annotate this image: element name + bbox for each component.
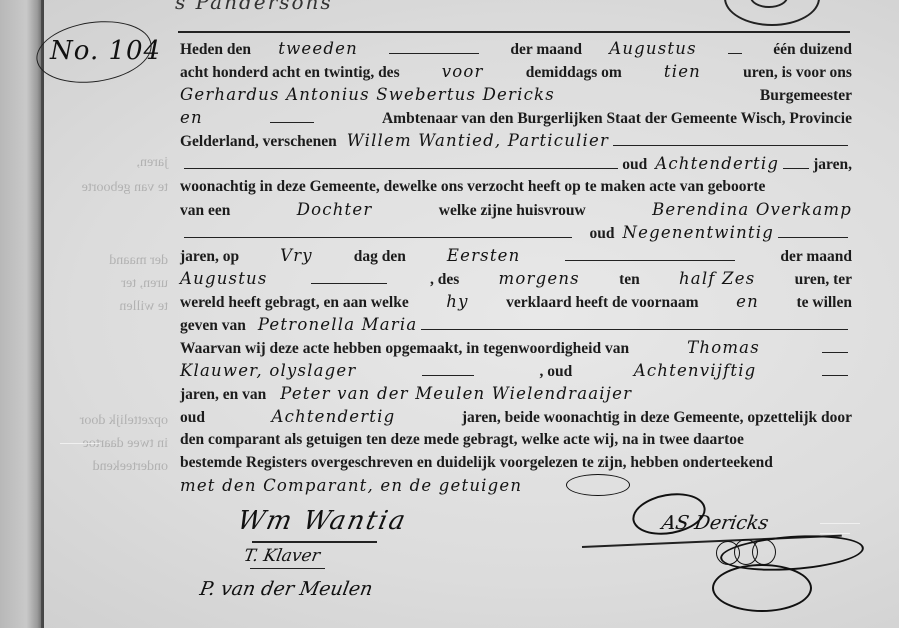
printed-text: demiddags om — [526, 61, 622, 85]
printed-text: dag den — [354, 245, 406, 269]
printed-text: Burgemeester — [760, 84, 852, 108]
text-line-20: met den Comparant, en de getuigen — [180, 474, 852, 498]
bleed-through-text: uren, ter — [58, 276, 168, 292]
printed-text: uren, ter — [795, 268, 852, 292]
bleed-through-text: onderteekend — [58, 459, 168, 475]
printed-text: der maand — [780, 245, 852, 269]
text-line-6: oud Achtendertig jaren, — [180, 152, 852, 176]
text-line-11: Augustus , des morgens ten half Zes uren… — [180, 267, 852, 291]
printed-text: oud — [622, 153, 647, 177]
text-line-7: woonachtig in deze Gemeente, dewelke ons… — [180, 175, 852, 199]
printed-text: jaren, — [813, 153, 852, 177]
handwritten-witness-2-age: Achtendertig — [271, 405, 395, 429]
printed-text: welke zijne huisvrouw — [439, 199, 586, 223]
text-line-1: Heden den tweeden der maand Augustus één… — [180, 37, 852, 61]
printed-text: Ambtenaar van den Burgerlijken Staat der… — [382, 107, 852, 131]
handwritten-mother-age: Negenentwintig — [623, 221, 774, 245]
printed-text: één duizend — [773, 38, 852, 62]
handwritten-witness-2-name-occupation: Peter van der Meulen Wielendraaijer — [280, 382, 632, 406]
text-line-4: en Ambtenaar van den Burgerlijken Staat … — [180, 106, 852, 130]
scan-artifact — [60, 443, 100, 444]
text-line-12: wereld heeft gebragt, en aan welke hy ve… — [180, 290, 852, 314]
printed-text: wereld heeft gebragt, en aan welke — [180, 291, 409, 315]
signature-underline — [252, 541, 377, 543]
text-line-8: van een Dochter welke zijne huisvrouw Be… — [180, 198, 852, 222]
scan-artifact — [820, 533, 850, 534]
bleed-through-text: der maand — [58, 253, 168, 269]
handwritten-part-of-day: morgens — [499, 267, 580, 291]
text-line-18: den comparant als getuigen ten deze mede… — [180, 428, 852, 452]
handwritten-month: Augustus — [609, 37, 697, 61]
scanned-document-page: jaren, te van geboorte der maand uren, t… — [0, 0, 899, 628]
fill-line — [422, 374, 474, 376]
handwritten-father-name: Willem Wantied, Particulier — [347, 129, 609, 153]
printed-text: acht honderd acht en twintig, des — [180, 61, 400, 85]
printed-text: uren, is voor ons — [743, 61, 852, 85]
handwritten-birth-day: Eersten — [447, 244, 521, 268]
printed-text: , des — [430, 268, 459, 292]
fill-line — [728, 52, 742, 54]
printed-text: te willen — [796, 291, 852, 315]
official-signature-loop — [712, 564, 812, 612]
handwritten-day: tweeden — [278, 37, 358, 61]
text-line-5: Gelderland, verschenen Willem Wantied, P… — [180, 129, 852, 153]
fill-line — [184, 236, 572, 238]
text-line-9: oud Negenentwintig — [180, 221, 852, 245]
top-flourish — [724, 0, 820, 26]
bleed-through-text: opzettelijk door — [58, 413, 168, 429]
top-rule-line — [178, 31, 850, 33]
fill-line — [822, 374, 848, 376]
text-line-14: Waarvan wij deze acte hebben opgemaakt, … — [180, 336, 852, 360]
handwritten-child-sex: Dochter — [297, 198, 373, 222]
text-line-3: Gerhardus Antonius Swebertus Dericks Bur… — [180, 83, 852, 107]
bleed-through-text: te van geboorte — [58, 180, 168, 196]
handwritten-birth-month: Augustus — [180, 267, 268, 291]
text-line-17: oud Achtendertig jaren, beide woonachtig… — [180, 405, 852, 429]
closing-flourish — [566, 474, 630, 496]
printed-text: jaren, en van — [180, 383, 266, 407]
printed-text: jaren, op — [180, 245, 239, 269]
bleed-through-text: in twee daartoe — [58, 436, 168, 452]
scan-artifact — [820, 523, 860, 524]
text-line-19: bestemde Registers overgeschreven en dui… — [180, 451, 852, 475]
bleed-through-text: jaren, — [58, 155, 168, 171]
printed-text: der maand — [510, 38, 582, 62]
signature-underline — [250, 568, 325, 569]
fill-line — [270, 121, 314, 123]
fill-line — [184, 167, 618, 169]
official-signature-loop — [752, 539, 776, 565]
handwritten-witness-1-first-name: Thomas — [687, 336, 760, 360]
printed-text: woonachtig in deze Gemeente, dewelke ons… — [180, 175, 765, 199]
handwritten-closing: met den Comparant, en de getuigen — [180, 474, 522, 498]
handwritten-father-age: Achtendertig — [655, 152, 779, 176]
printed-text: geven van — [180, 314, 246, 338]
record-number: No. 104 — [50, 36, 161, 66]
printed-text: , oud — [539, 360, 572, 384]
signature-witness-1: T. Klaver — [242, 546, 321, 566]
signature-official: AS Dericks — [660, 512, 770, 534]
bleed-through-text: te willen — [58, 299, 168, 315]
binding-edge — [0, 0, 44, 628]
handwritten-hour: tien — [664, 60, 701, 84]
fill-line — [783, 167, 809, 169]
top-handwritten-fragment: s Pandersons — [175, 0, 333, 14]
printed-text: Waarvan wij deze acte hebben opgemaakt, … — [180, 337, 629, 361]
printed-text: den comparant als getuigen ten deze mede… — [180, 428, 744, 452]
text-line-15: Klauwer, olyslager , oud Achtenvijftig — [180, 359, 852, 383]
printed-text: oud — [180, 406, 205, 430]
text-line-13: geven van Petronella Maria — [180, 313, 852, 337]
handwritten-birth-time: half Zes — [679, 267, 755, 291]
text-line-2: acht honderd acht en twintig, des voor d… — [180, 60, 852, 84]
handwritten-pronoun: hy — [446, 290, 468, 314]
fill-line — [389, 52, 479, 54]
printed-text: Heden den — [180, 38, 251, 62]
printed-text: ten — [619, 268, 640, 292]
handwritten-text: en — [180, 106, 203, 130]
printed-text: jaren, beide woonachtig in deze Gemeente… — [462, 406, 852, 430]
handwritten-time-of-day: voor — [442, 60, 484, 84]
signature-witness-2: P. van der Meulen — [198, 578, 374, 600]
handwritten-weekday: Vry — [280, 244, 313, 268]
fill-line — [311, 282, 387, 284]
handwritten-official-name: Gerhardus Antonius Swebertus Dericks — [180, 83, 555, 107]
handwritten-witness-1-age: Achtenvijftig — [634, 359, 757, 383]
printed-text: oud — [590, 222, 615, 246]
handwritten-witness-1-surname-occupation: Klauwer, olyslager — [180, 359, 356, 383]
fill-line — [778, 236, 848, 238]
printed-text: van een — [180, 199, 230, 223]
text-line-16: jaren, en van Peter van der Meulen Wiele… — [180, 382, 852, 406]
printed-text: verklaard heeft de voornaam — [506, 291, 698, 315]
text-line-10: jaren, op Vry dag den Eersten der maand — [180, 244, 852, 268]
handwritten-mother-name: Berendina Overkamp — [652, 198, 852, 222]
handwritten-text: en — [736, 290, 759, 314]
fill-line — [565, 259, 735, 261]
printed-text: Gelderland, verschenen — [180, 130, 337, 154]
fill-line — [421, 328, 848, 330]
fill-line — [613, 144, 848, 146]
printed-text: bestemde Registers overgeschreven en dui… — [180, 451, 773, 475]
fill-line — [822, 351, 848, 353]
signature-father: Wm Wantia — [235, 506, 410, 536]
handwritten-child-name: Petronella Maria — [258, 313, 418, 337]
